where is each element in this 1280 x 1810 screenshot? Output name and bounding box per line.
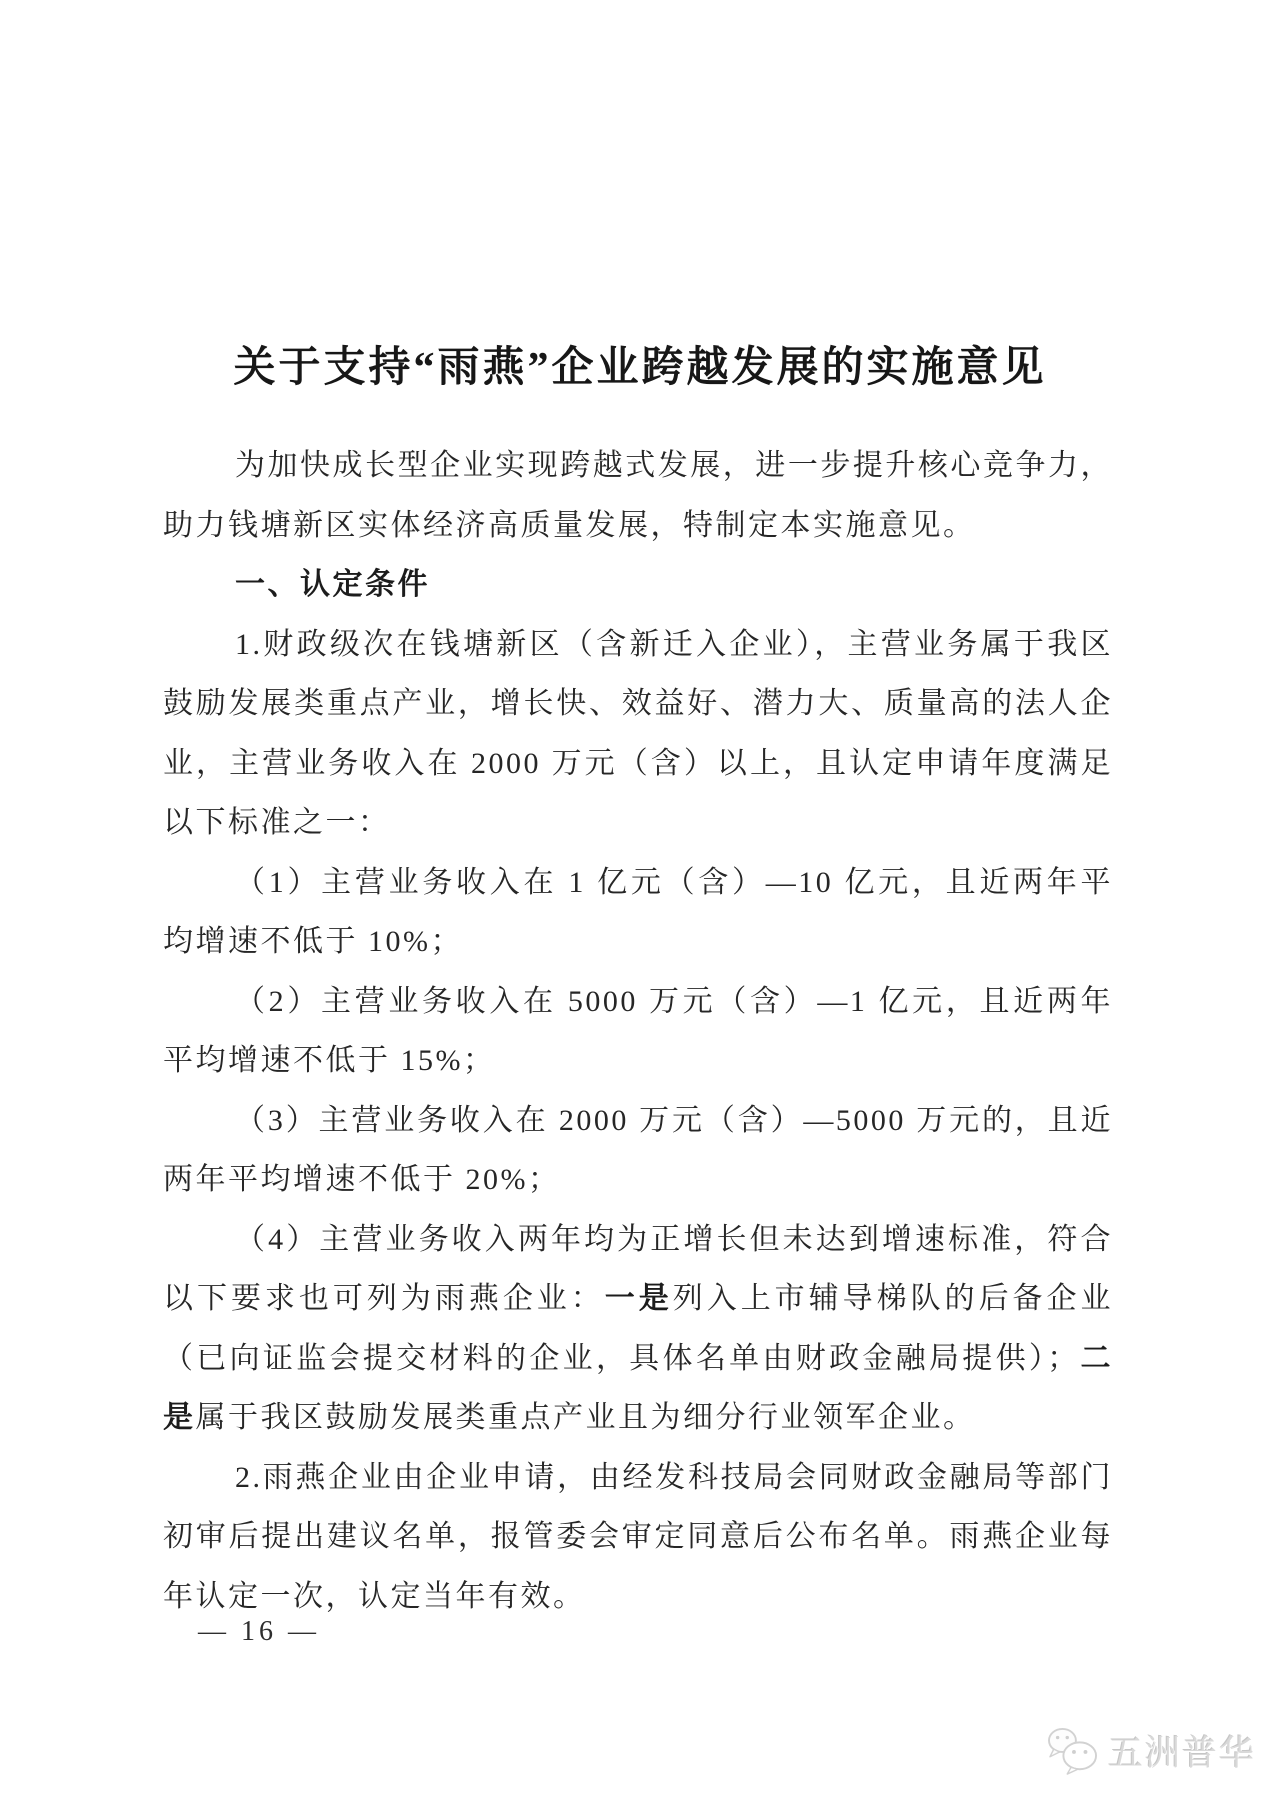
watermark: 五洲普华 <box>1046 1726 1256 1776</box>
section-1-heading: 一、认定条件 <box>163 555 1113 615</box>
watermark-label: 五洲普华 <box>1108 1726 1256 1776</box>
paragraph-item-1: 1.财政级次在钱塘新区（含新迁入企业），主营业务属于我区鼓励发展类重点产业，增长… <box>163 615 1113 853</box>
paragraph-intro: 为加快成长型企业实现跨越式发展，进一步提升核心竞争力，助力钱塘新区实体经济高质量… <box>163 436 1113 555</box>
sub-4-emphasis-first: 一是 <box>605 1282 673 1315</box>
document-page: 关于支持“雨燕”企业跨越发展的实施意见 为加快成长型企业实现跨越式发展，进一步提… <box>0 0 1280 1810</box>
document-title: 关于支持“雨燕”企业跨越发展的实施意见 <box>145 344 1135 392</box>
paragraph-sub-4: （4）主营业务收入两年均为正增长但未达到增速标准，符合以下要求也可列为雨燕企业：… <box>163 1210 1113 1448</box>
wechat-bubbles-icon <box>1046 1727 1100 1775</box>
paragraph-sub-1: （1）主营业务收入在 1 亿元（含）—10 亿元，且近两年平均增速不低于 10%… <box>163 853 1113 972</box>
paragraph-item-2: 2.雨燕企业由企业申请，由经发科技局会同财政金融局等部门初审后提出建议名单，报管… <box>163 1448 1113 1627</box>
paragraph-sub-2: （2）主营业务收入在 5000 万元（含）—1 亿元，且近两年平均增速不低于 1… <box>163 972 1113 1091</box>
sub-4-text-post: 属于我区鼓励发展类重点产业且为细分行业领军企业。 <box>196 1401 976 1434</box>
page-number: — 16 — <box>198 1616 320 1648</box>
paragraph-sub-3: （3）主营业务收入在 2000 万元（含）—5000 万元的，且近两年平均增速不… <box>163 1091 1113 1210</box>
document-body: 为加快成长型企业实现跨越式发展，进一步提升核心竞争力，助力钱塘新区实体经济高质量… <box>163 436 1113 1626</box>
